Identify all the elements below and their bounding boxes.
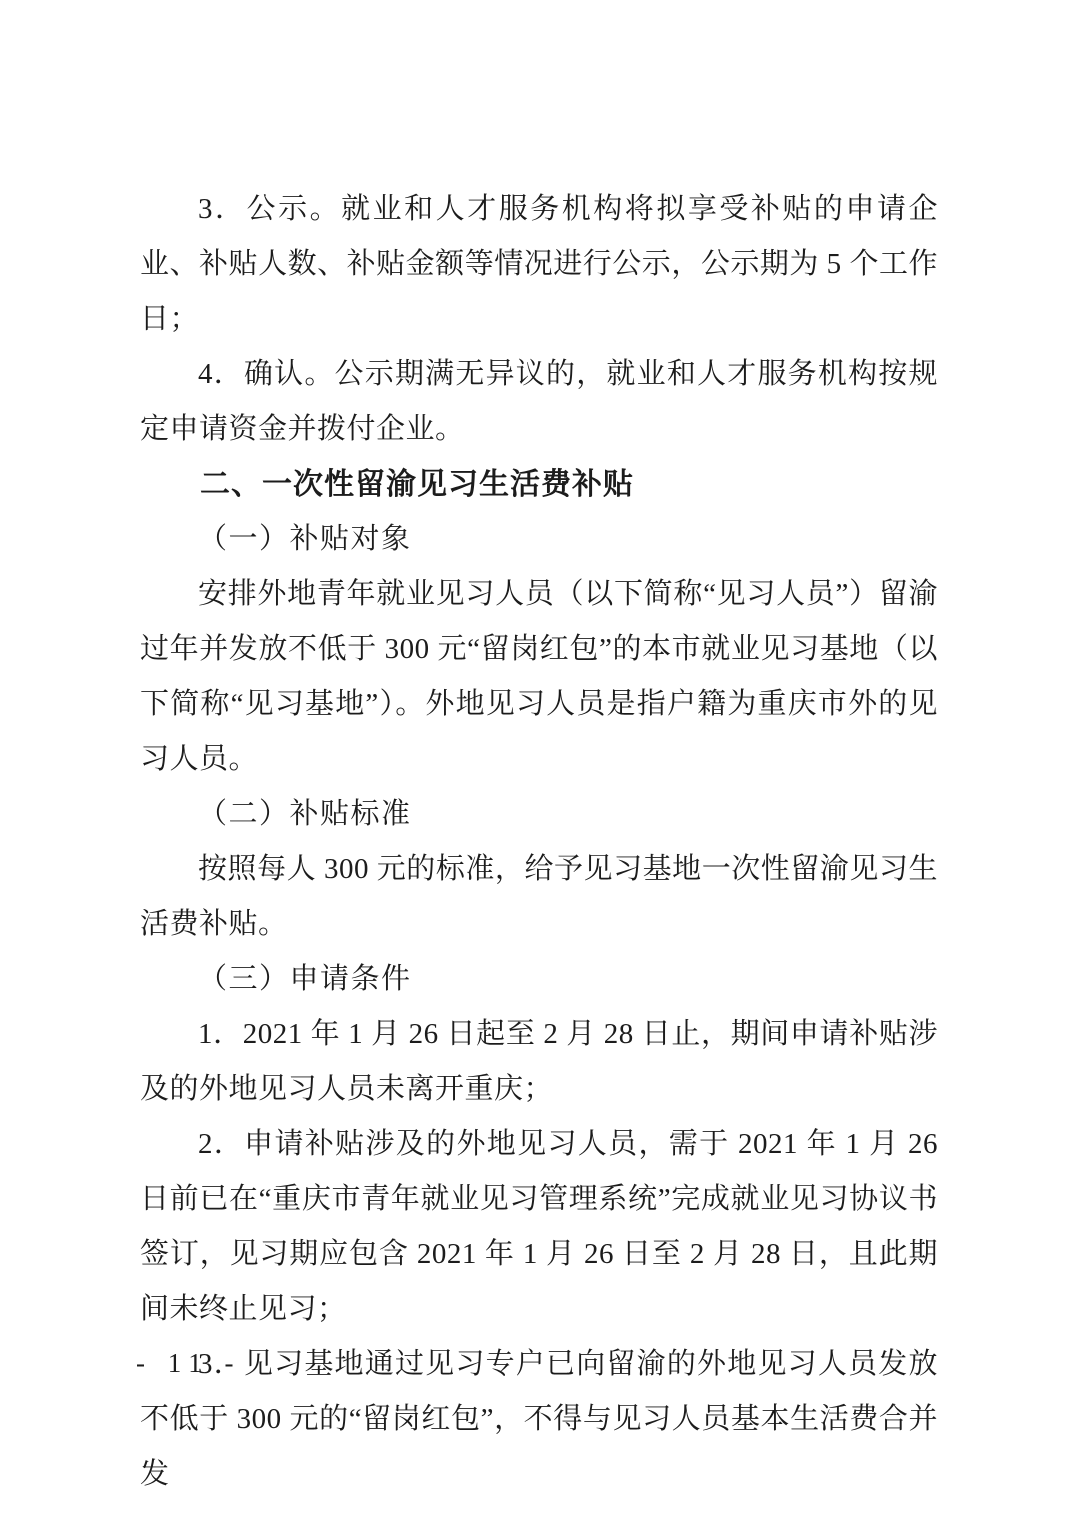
paragraph: 2．申请补贴涉及的外地见习人员，需于 2021 年 1 月 26 日前已在“重庆… — [140, 1117, 938, 1337]
section-heading: 二、一次性留渝见习生活费补贴 — [140, 457, 938, 512]
paragraph: 4．确认。公示期满无异议的，就业和人才服务机构按规定申请资金并拨付企业。 — [140, 347, 938, 457]
paragraph: 按照每人 300 元的标准，给予见习基地一次性留渝见习生活费补贴。 — [140, 842, 938, 952]
paragraph: 安排外地青年就业见习人员（以下简称“见习人员”）留渝过年并发放不低于 300 元… — [140, 567, 938, 787]
paragraph: 3．见习基地通过见习专户已向留渝的外地见习人员发放不低于 300 元的“留岗红包… — [140, 1337, 938, 1502]
subsection-heading: （三）申请条件 — [140, 952, 938, 1007]
subsection-heading: （二）补贴标准 — [140, 787, 938, 842]
page-number: - 11 - — [136, 1348, 241, 1379]
paragraph: 1．2021 年 1 月 26 日起至 2 月 28 日止，期间申请补贴涉及的外… — [140, 1007, 938, 1117]
paragraph: 3．公示。就业和人才服务机构将拟享受补贴的申请企业、补贴人数、补贴金额等情况进行… — [140, 182, 938, 347]
document-body: 3．公示。就业和人才服务机构将拟享受补贴的申请企业、补贴人数、补贴金额等情况进行… — [140, 182, 938, 1502]
document-page: 3．公示。就业和人才服务机构将拟享受补贴的申请企业、补贴人数、补贴金额等情况进行… — [0, 0, 1074, 1520]
subsection-heading: （一）补贴对象 — [140, 512, 938, 567]
